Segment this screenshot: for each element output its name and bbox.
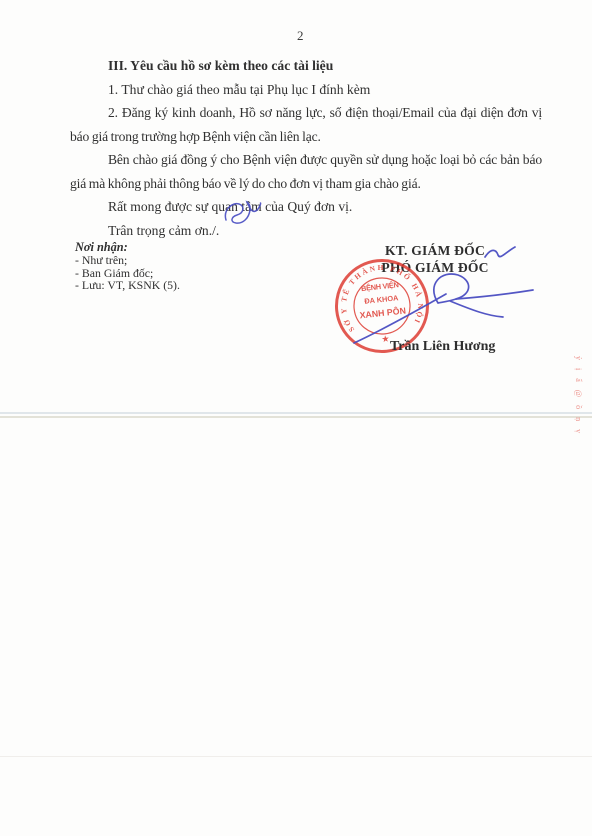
paragraph-5: Trân trọng cảm ơn./. <box>70 219 542 243</box>
edge-artifact-text: ỷ ị ẩ @ ồ ṇ ṿ <box>574 356 583 456</box>
page-number: 2 <box>297 28 304 44</box>
signature-under-stroke <box>450 301 503 317</box>
signer-name: Trần Liên Hương <box>390 339 495 355</box>
scan-artifact-line-bottom <box>0 416 592 418</box>
recipients-block: Nơi nhận: - Như trên; - Ban Giám đốc; - … <box>75 241 180 292</box>
recipient-item: - Như trên; <box>75 254 180 267</box>
paragraph-3: Bên chào giá đồng ý cho Bệnh viện được q… <box>70 148 542 195</box>
document-body: III. Yêu cầu hồ sơ kèm theo các tài liệu… <box>70 54 542 242</box>
scan-artifact-line-faint <box>0 756 592 757</box>
signature-paraph-stroke <box>485 247 515 257</box>
signature-diagonal-stroke <box>354 294 446 343</box>
recipient-item: - Lưu: VT, KSNK (5). <box>75 279 180 292</box>
paragraph-2: 2. Đăng ký kinh doanh, Hồ sơ năng lực, s… <box>70 101 542 148</box>
scan-artifact-line-top <box>0 412 592 414</box>
paragraph-1: 1. Thư chào giá theo mẫu tại Phụ lục I đ… <box>70 78 542 102</box>
paragraph-4: Rất mong được sự quan tâm của Quý đơn vị… <box>70 195 542 219</box>
scanned-document-page: 2 III. Yêu cầu hồ sơ kèm theo các tài li… <box>0 0 592 836</box>
handwritten-initial-ink <box>220 196 264 230</box>
section-heading: III. Yêu cầu hồ sơ kèm theo các tài liệu <box>70 54 542 78</box>
